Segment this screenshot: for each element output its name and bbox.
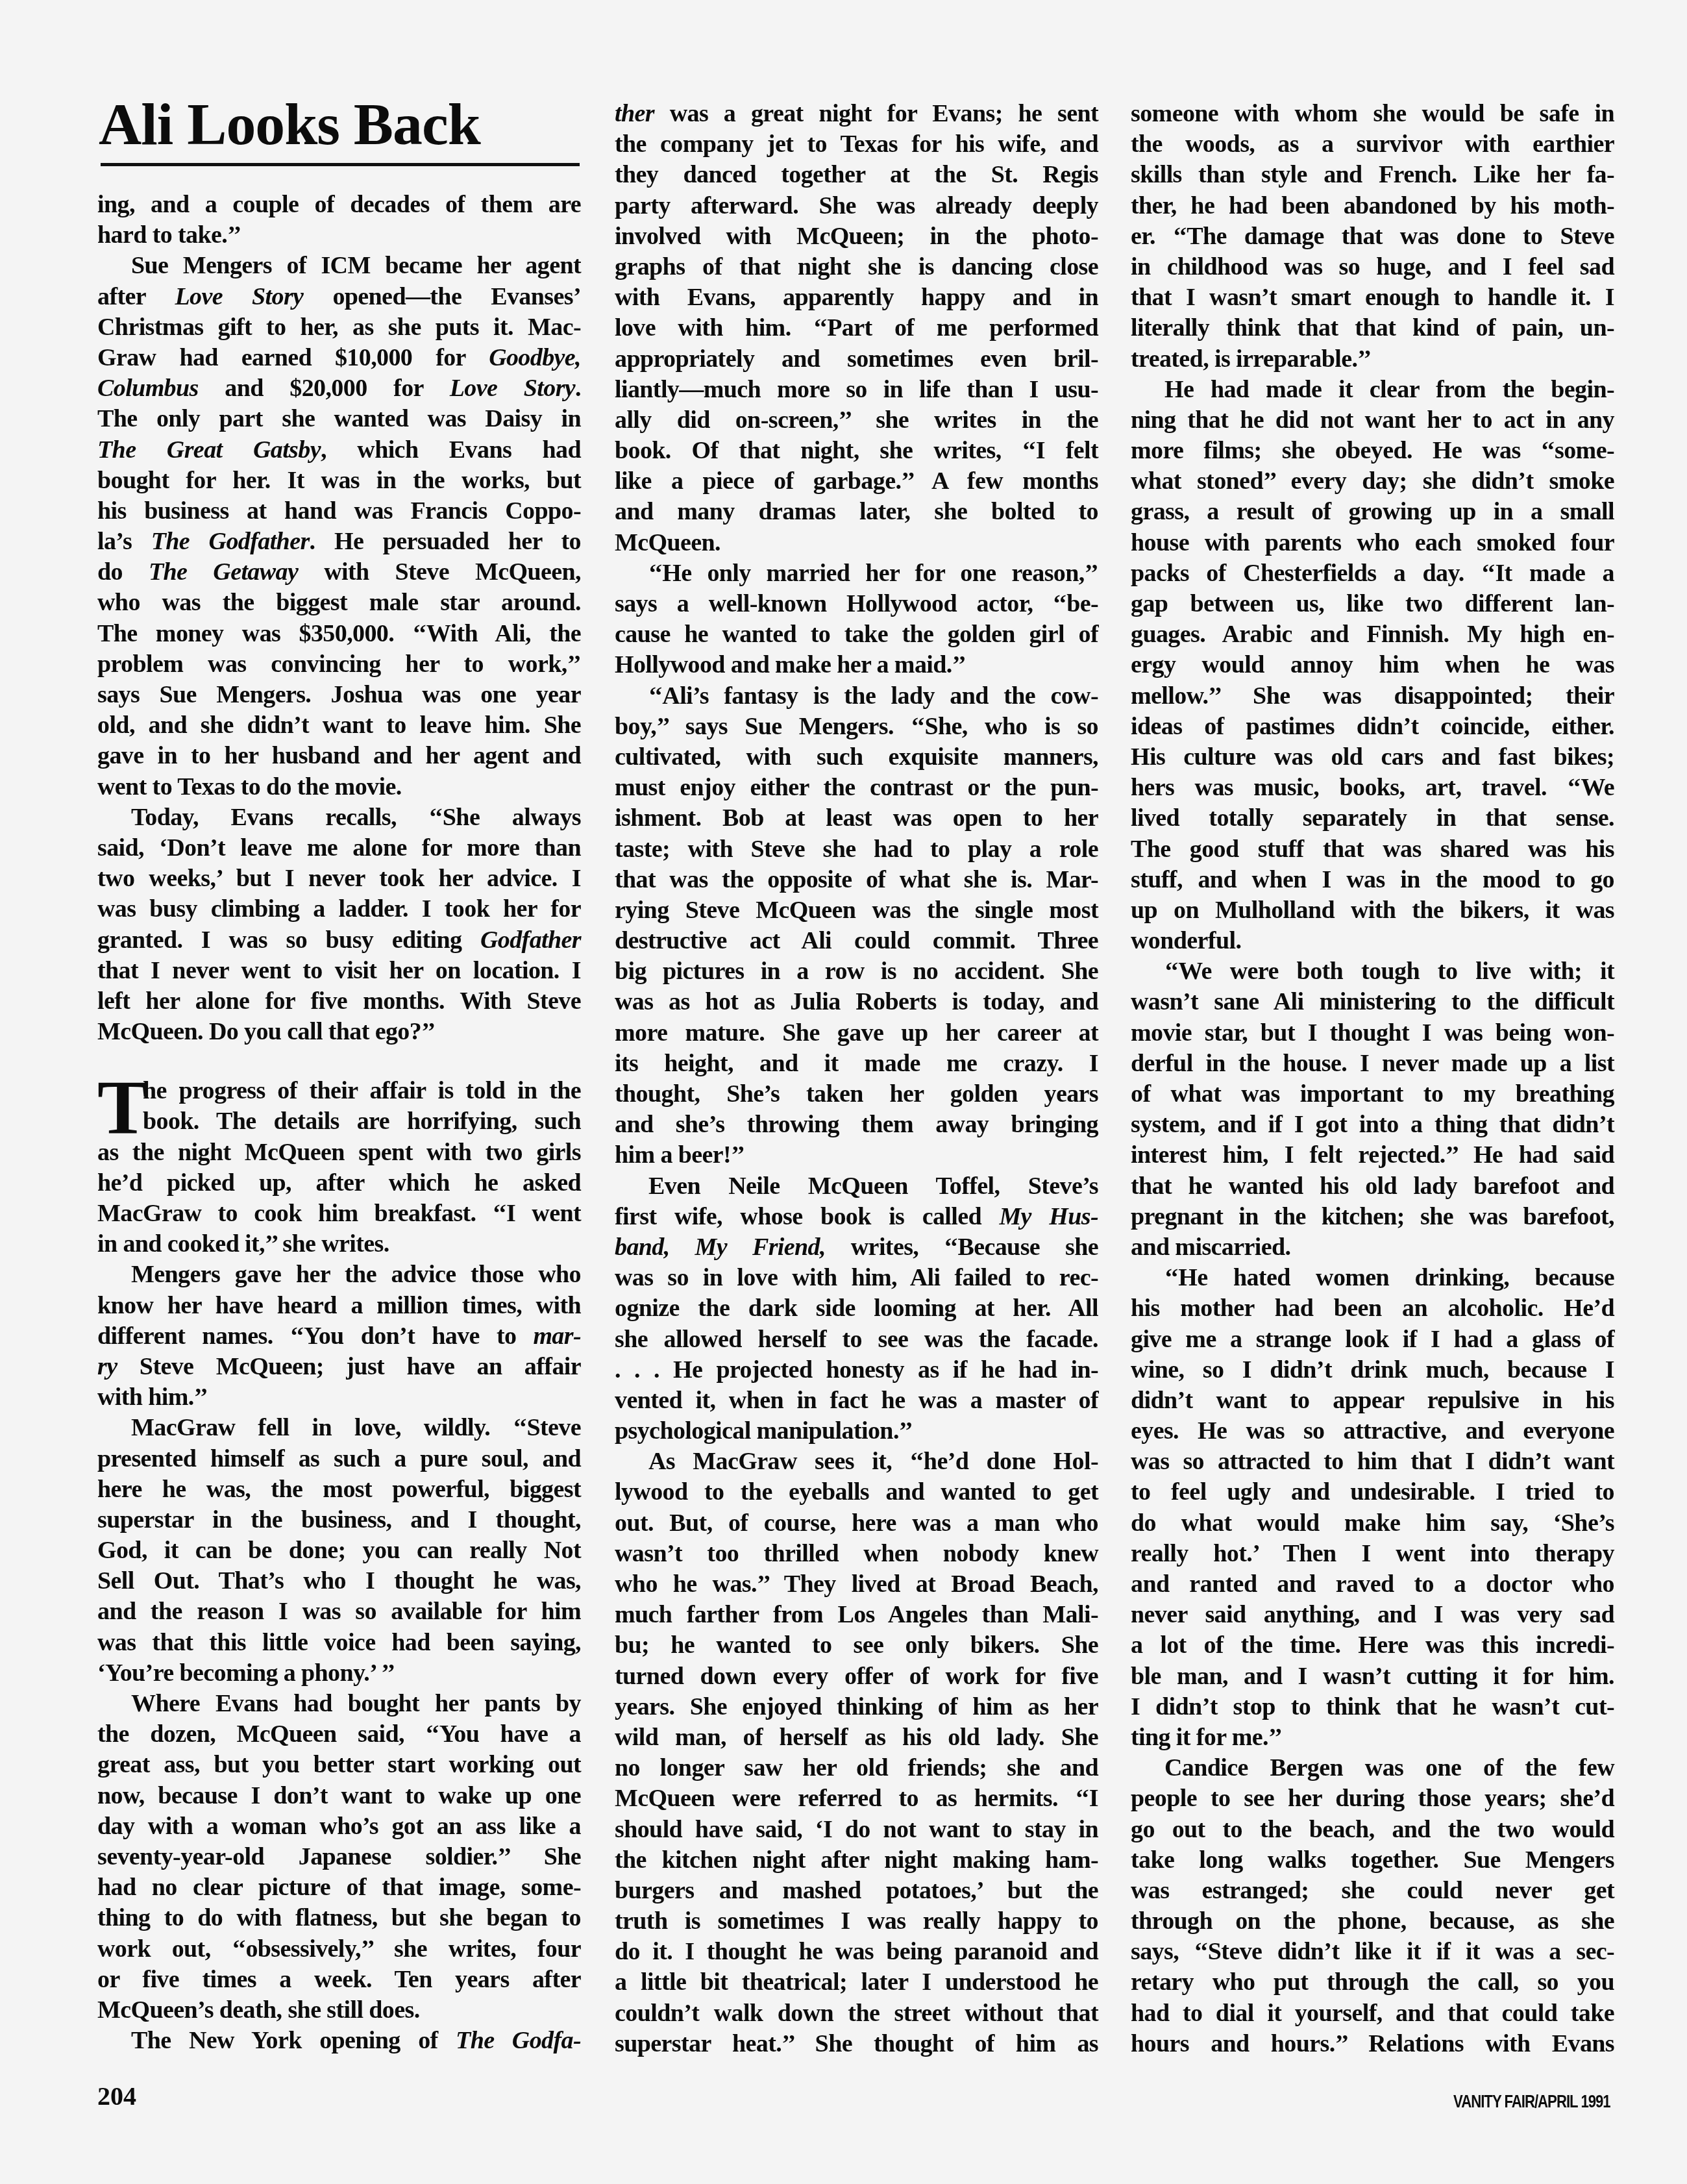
text-line: ting it for me.’’ — [1131, 1722, 1614, 1753]
text-line: grass, a result of growing up in a small — [1131, 497, 1614, 527]
text-line: I didn’t stop to think that he wasn’t cu… — [1131, 1692, 1614, 1722]
text-line: gap between us, like two different lan- — [1131, 589, 1614, 619]
text-line: house with parents who each smoked four — [1131, 528, 1614, 558]
text-line: with Evans, apparently happy and in — [615, 282, 1098, 313]
text-line: ‘You’re becoming a phony.’ ’’ — [97, 1658, 581, 1689]
text-line: know her have heard a million times, wit… — [97, 1291, 581, 1321]
text-line: McQueen. — [615, 528, 1098, 558]
text-line: old, and she didn’t want to leave him. S… — [97, 710, 581, 741]
text-line: was estranged; she could never get — [1131, 1876, 1614, 1906]
column-1: ing, and a couple of decades of them are… — [97, 190, 581, 2056]
text-line: Candice Bergen was one of the few — [1131, 1753, 1614, 1783]
text-line: The money was $350,000. ‘‘With Ali, the — [97, 619, 581, 649]
text-line: The New York opening of The Godfa- — [97, 2026, 581, 2056]
text-line: to feel ugly and undesirable. I tried to — [1131, 1477, 1614, 1508]
text-line: that he wanted his old lady barefoot and — [1131, 1171, 1614, 1202]
text-line: day with a woman who’s got an ass like a — [97, 1811, 581, 1842]
text-line: system, and if I got into a thing that d… — [1131, 1110, 1614, 1140]
text-line: didn’t want to appear repulsive in his — [1131, 1385, 1614, 1416]
text-line: destructive act Ali could commit. Three — [615, 926, 1098, 956]
text-line: MacGraw fell in love, wildly. ‘‘Steve — [97, 1413, 581, 1443]
text-line: hours and hours.’’ Relations with Evans — [1131, 2029, 1614, 2059]
text-line: stuff, and when I was in the mood to go — [1131, 865, 1614, 895]
text-line: Sell Out. That’s who I thought he was, — [97, 1566, 581, 1596]
text-line: as the night McQueen spent with two girl… — [97, 1137, 581, 1168]
text-line: the woods, as a survivor with earthier — [1131, 129, 1614, 160]
text-line: gave in to her husband and her agent and — [97, 741, 581, 771]
text-line: big pictures in a row is no accident. Sh… — [615, 956, 1098, 987]
text-line: a lot of the time. Here was this incredi… — [1131, 1630, 1614, 1661]
text-line: with him.’’ — [97, 1382, 581, 1413]
text-line: superstar heat.’’ She thought of him as — [615, 2029, 1098, 2059]
text-line: that I never went to visit her on locati… — [97, 956, 581, 986]
text-line: ergy would annoy him when he was — [1131, 650, 1614, 680]
title-rule — [101, 163, 580, 166]
text-line: Sue Mengers of ICM became her agent — [97, 251, 581, 281]
text-line: superstar in the business, and I thought… — [97, 1505, 581, 1535]
text-line: they danced together at the St. Regis — [615, 160, 1098, 190]
text-line: ‘‘Ali’s fantasy is the lady and the cow- — [615, 681, 1098, 712]
text-line: never said anything, and I was very sad — [1131, 1600, 1614, 1630]
text-line: and she’s throwing them away bringing — [615, 1110, 1098, 1140]
text-line: after Love Story opened—the Evanses’ — [97, 282, 581, 312]
text-line: he’d picked up, after which he asked — [97, 1168, 581, 1198]
text-line: Graw had earned $10,000 for Goodbye, — [97, 343, 581, 373]
text-line: much farther from Los Angeles than Mali- — [615, 1600, 1098, 1630]
text-line: vented it, when in fact he was a master … — [615, 1385, 1098, 1416]
text-line: seventy-year-old Japanese soldier.’’ She — [97, 1842, 581, 1872]
text-line: two weeks,’ but I never took her advice.… — [97, 863, 581, 894]
text-line: thought, She’s taken her golden years — [615, 1079, 1098, 1110]
text-line: retary who put through the call, so you — [1131, 1967, 1614, 1998]
text-line: him a beer!’’ — [615, 1140, 1098, 1171]
text-line: and ranted and raved to a doctor who — [1131, 1569, 1614, 1600]
text-line: should have said, ‘I do not want to stay… — [615, 1815, 1098, 1845]
text-line: no longer saw her old friends; she and — [615, 1753, 1098, 1783]
text-line: left her alone for five months. With Ste… — [97, 986, 581, 1017]
text-line: boy,’’ says Sue Mengers. ‘‘She, who is s… — [615, 712, 1098, 742]
text-line: interest him, I felt rejected.’’ He had … — [1131, 1140, 1614, 1171]
text-line: must enjoy either the contrast or the pu… — [615, 773, 1098, 803]
text-line: give me a strange look if I had a glass … — [1131, 1324, 1614, 1355]
text-line: a little bit theatrical; later I underst… — [615, 1967, 1098, 1998]
text-line: who he was.’’ They lived at Broad Beach, — [615, 1569, 1098, 1600]
text-line: ther was a great night for Evans; he sen… — [615, 99, 1098, 129]
text-line: granted. I was so busy editing Godfather — [97, 925, 581, 956]
text-line: and the reason I was so available for hi… — [97, 1596, 581, 1627]
text-line: wasn’t sane Ali ministering to the diffi… — [1131, 987, 1614, 1017]
text-line: go out to the beach, and the two would — [1131, 1815, 1614, 1845]
text-line: thing to do with flatness, but she began… — [97, 1903, 581, 1933]
text-line: movie star, but I thought I was being wo… — [1131, 1018, 1614, 1049]
text-line: presented himself as such a pure soul, a… — [97, 1444, 581, 1474]
text-line: was so in love with him, Ali failed to r… — [615, 1263, 1098, 1293]
text-line: who was the biggest male star around. — [97, 588, 581, 618]
text-line: the dozen, McQueen said, ‘‘You have a — [97, 1719, 581, 1750]
text-line: The Great Gatsby, which Evans had — [97, 435, 581, 465]
text-line: take long walks together. Sue Mengers — [1131, 1845, 1614, 1876]
text-line: like a piece of garbage.’’ A few months — [615, 466, 1098, 497]
text-line: ally did on-screen,’’ she writes in the — [615, 405, 1098, 436]
text-line: bu; he wanted to see only bikers. She — [615, 1630, 1098, 1661]
text-line: says a well-known Hollywood actor, ‘‘be- — [615, 589, 1098, 619]
text-line: graphs of that night she is dancing clos… — [615, 252, 1098, 282]
text-line: through on the phone, because, as she — [1131, 1906, 1614, 1937]
text-line: or five times a week. Ten years after — [97, 1965, 581, 1995]
text-line: . . . He projected honesty as if he had … — [615, 1355, 1098, 1385]
text-line: here he was, the most powerful, biggest — [97, 1474, 581, 1505]
text-line: taste; with Steve she had to play a role — [615, 834, 1098, 865]
text-line: had to dial it yourself, and that could … — [1131, 1998, 1614, 2029]
text-line: bought for her. It was in the works, but — [97, 465, 581, 496]
text-line: different names. ‘‘You don’t have to mar… — [97, 1321, 581, 1352]
column-2: ther was a great night for Evans; he sen… — [615, 99, 1098, 2059]
magazine-folio: VANITY FAIR/APRIL 1991 — [1453, 2092, 1610, 2112]
text-line: had no clear picture of that image, some… — [97, 1872, 581, 1903]
text-line: ishment. Bob at least was open to her — [615, 803, 1098, 834]
text-line: ‘‘He hated women drinking, because — [1131, 1263, 1614, 1293]
text-line: work out, ‘‘obsessively,’’ she writes, f… — [97, 1934, 581, 1965]
text-line: his business at hand was Francis Coppo- — [97, 496, 581, 527]
text-line: Where Evans had bought her pants by — [97, 1689, 581, 1719]
text-line: wine, so I didn’t drink much, because I — [1131, 1355, 1614, 1385]
text-line: God, it can be done; you can really Not — [97, 1535, 581, 1566]
text-line: do it. I thought he was being paranoid a… — [615, 1937, 1098, 1967]
text-line: wonderful. — [1131, 926, 1614, 956]
text-line: do The Getaway with Steve McQueen, — [97, 557, 581, 588]
text-line: years. She enjoyed thinking of him as he… — [615, 1692, 1098, 1722]
text-line: the kitchen night after night making ham… — [615, 1845, 1098, 1876]
text-line: his mother had been an alcoholic. He’d — [1131, 1293, 1614, 1324]
text-line: treated, is irreparable.’’ — [1131, 344, 1614, 375]
text-line: in childhood was so huge, and I feel sad — [1131, 252, 1614, 282]
text-line: band, My Friend, writes, ‘‘Because she — [615, 1232, 1098, 1263]
text-line: cultivated, with such exquisite manners, — [615, 742, 1098, 773]
text-line: love with him. ‘‘Part of me performed — [615, 313, 1098, 343]
text-line: she allowed herself to see was the facad… — [615, 1324, 1098, 1355]
text-line: the company jet to Texas for his wife, a… — [615, 129, 1098, 160]
text-line: book. The details are horrifying, such — [97, 1106, 581, 1137]
column-3: someone with whom she would be safe inth… — [1131, 99, 1614, 2059]
text-line: party afterward. She was already deeply — [615, 191, 1098, 221]
drop-cap: T — [97, 1078, 148, 1138]
text-line: what stoned’’ every day; she didn’t smok… — [1131, 466, 1614, 497]
text-line: McQueen were referred to as hermits. ‘‘I — [615, 1783, 1098, 1814]
text-line: He had made it clear from the begin- — [1131, 375, 1614, 405]
text-line: ing, and a couple of decades of them are — [97, 190, 581, 220]
text-line: now, because I don’t want to wake up one — [97, 1781, 581, 1811]
text-line: Even Neile McQueen Toffel, Steve’s — [615, 1171, 1098, 1202]
text-line: that I wasn’t smart enough to handle it.… — [1131, 282, 1614, 313]
text-line: was busy climbing a ladder. I took her f… — [97, 894, 581, 924]
text-line: ble man, and I wasn’t cutting it for him… — [1131, 1661, 1614, 1692]
text-line: says, ‘‘Steve didn’t like it if it was a… — [1131, 1937, 1614, 1967]
text-line: la’s The Godfather. He persuaded her to — [97, 527, 581, 557]
text-line: and many dramas later, she bolted to — [615, 497, 1098, 527]
text-line: was that this little voice had been sayi… — [97, 1628, 581, 1658]
text-line: wild man, of herself as his old lady. Sh… — [615, 1722, 1098, 1753]
text-line: more mature. She gave up her career at — [615, 1018, 1098, 1049]
text-line: up on Mulholland with the bikers, it was — [1131, 895, 1614, 926]
text-line: As MacGraw sees it, ‘‘he’d done Hol- — [615, 1446, 1098, 1477]
text-line: in and cooked it,’’ she writes. — [97, 1229, 581, 1260]
text-line: first wife, whose book is called My Hus- — [615, 1202, 1098, 1232]
text-line: pregnant in the kitchen; she was barefoo… — [1131, 1202, 1614, 1232]
text-line: Christmas gift to her, as she puts it. M… — [97, 312, 581, 343]
text-line: and miscarried. — [1131, 1232, 1614, 1263]
text-line: hard to take.’’ — [97, 220, 581, 251]
text-line: lived totally separately in that sense. — [1131, 803, 1614, 834]
text-line: ry Steve McQueen; just have an affair — [97, 1352, 581, 1382]
text-line: says Sue Mengers. Joshua was one year — [97, 680, 581, 710]
text-line: truth is sometimes I was really happy to — [615, 1906, 1098, 1937]
text-line: rying Steve McQueen was the single most — [615, 895, 1098, 926]
text-line: hers was music, books, art, travel. ‘‘We — [1131, 773, 1614, 803]
text-line: ther, he had been abandoned by his moth- — [1131, 191, 1614, 221]
text-line: The good stuff that was shared was his — [1131, 834, 1614, 865]
text-line: cause he wanted to take the golden girl … — [615, 619, 1098, 650]
text-line: guages. Arabic and Finnish. My high en- — [1131, 619, 1614, 650]
text-line: do what would make him say, ‘She’s — [1131, 1508, 1614, 1539]
text-line: turned down every offer of work for five — [615, 1661, 1098, 1692]
text-line: The progress of their affair is told in … — [97, 1076, 581, 1106]
text-line: liantly—much more so in life than I usu- — [615, 375, 1098, 405]
text-line: literally think that that kind of pain, … — [1131, 313, 1614, 343]
text-line: ideas of pastimes didn’t coincide, eithe… — [1131, 712, 1614, 742]
text-line: couldn’t walk down the street without th… — [615, 1998, 1098, 2029]
article-title: Ali Looks Back — [99, 90, 480, 161]
text-line: psychological manipulation.’’ — [615, 1416, 1098, 1446]
text-line: out. But, of course, here was a man who — [615, 1508, 1098, 1539]
text-line: McQueen. Do you call that ego?’’ — [97, 1017, 581, 1047]
text-line: someone with whom she would be safe in — [1131, 99, 1614, 129]
text-line: McQueen’s death, she still does. — [97, 1995, 581, 2026]
text-line: book. Of that night, she writes, ‘‘I fel… — [615, 436, 1098, 466]
text-line: er. ‘‘The damage that was done to Steve — [1131, 221, 1614, 252]
text-line: Hollywood and make her a maid.’’ — [615, 650, 1098, 680]
text-line: packs of Chesterfields a day. ‘‘It made … — [1131, 558, 1614, 589]
text-line: lywood to the eyeballs and wanted to get — [615, 1477, 1098, 1508]
text-line: wasn’t too thrilled when nobody knew — [615, 1539, 1098, 1569]
text-line: ‘‘He only married her for one reason,’’ — [615, 558, 1098, 589]
text-line: ‘‘We were both tough to live with; it — [1131, 956, 1614, 987]
text-line: derful in the house. I never made up a l… — [1131, 1049, 1614, 1079]
text-line: was as hot as Julia Roberts is today, an… — [615, 987, 1098, 1017]
text-line: eyes. He was so attractive, and everyone — [1131, 1416, 1614, 1446]
text-line: problem was convincing her to work,’’ — [97, 649, 581, 680]
text-line: mellow.’’ She was disappointed; their — [1131, 681, 1614, 712]
page-number: 204 — [97, 2081, 136, 2111]
text-line: was so attracted to him that I didn’t wa… — [1131, 1446, 1614, 1477]
text-line: His culture was old cars and fast bikes; — [1131, 742, 1614, 773]
text-line: ognize the dark side looming at her. All — [615, 1293, 1098, 1324]
text-line: people to see her during those years; sh… — [1131, 1783, 1614, 1814]
text-line: great ass, but you better start working … — [97, 1750, 581, 1780]
text-line: The only part she wanted was Daisy in — [97, 404, 581, 434]
text-line: ning that he did not want her to act in … — [1131, 405, 1614, 436]
text-line: really hot.’ Then I went into therapy — [1131, 1539, 1614, 1569]
text-line: burgers and mashed potatoes,’ but the — [615, 1876, 1098, 1906]
text-line: said, ‘Don’t leave me alone for more tha… — [97, 833, 581, 863]
text-line: appropriately and sometimes even bril- — [615, 344, 1098, 375]
text-line: went to Texas to do the movie. — [97, 772, 581, 802]
section-break — [97, 1047, 581, 1076]
text-line: Columbus and $20,000 for Love Story. — [97, 373, 581, 404]
text-line: Mengers gave her the advice those who — [97, 1260, 581, 1290]
text-line: MacGraw to cook him breakfast. ‘‘I went — [97, 1198, 581, 1229]
text-line: its height, and it made me crazy. I — [615, 1049, 1098, 1079]
text-line: more films; she obeyed. He was ‘‘some- — [1131, 436, 1614, 466]
text-line: of what was important to my breathing — [1131, 1079, 1614, 1110]
text-line: skills than style and French. Like her f… — [1131, 160, 1614, 190]
text-line: Today, Evans recalls, ‘‘She always — [97, 802, 581, 833]
text-line: involved with McQueen; in the photo- — [615, 221, 1098, 252]
text-line: that was the opposite of what she is. Ma… — [615, 865, 1098, 895]
